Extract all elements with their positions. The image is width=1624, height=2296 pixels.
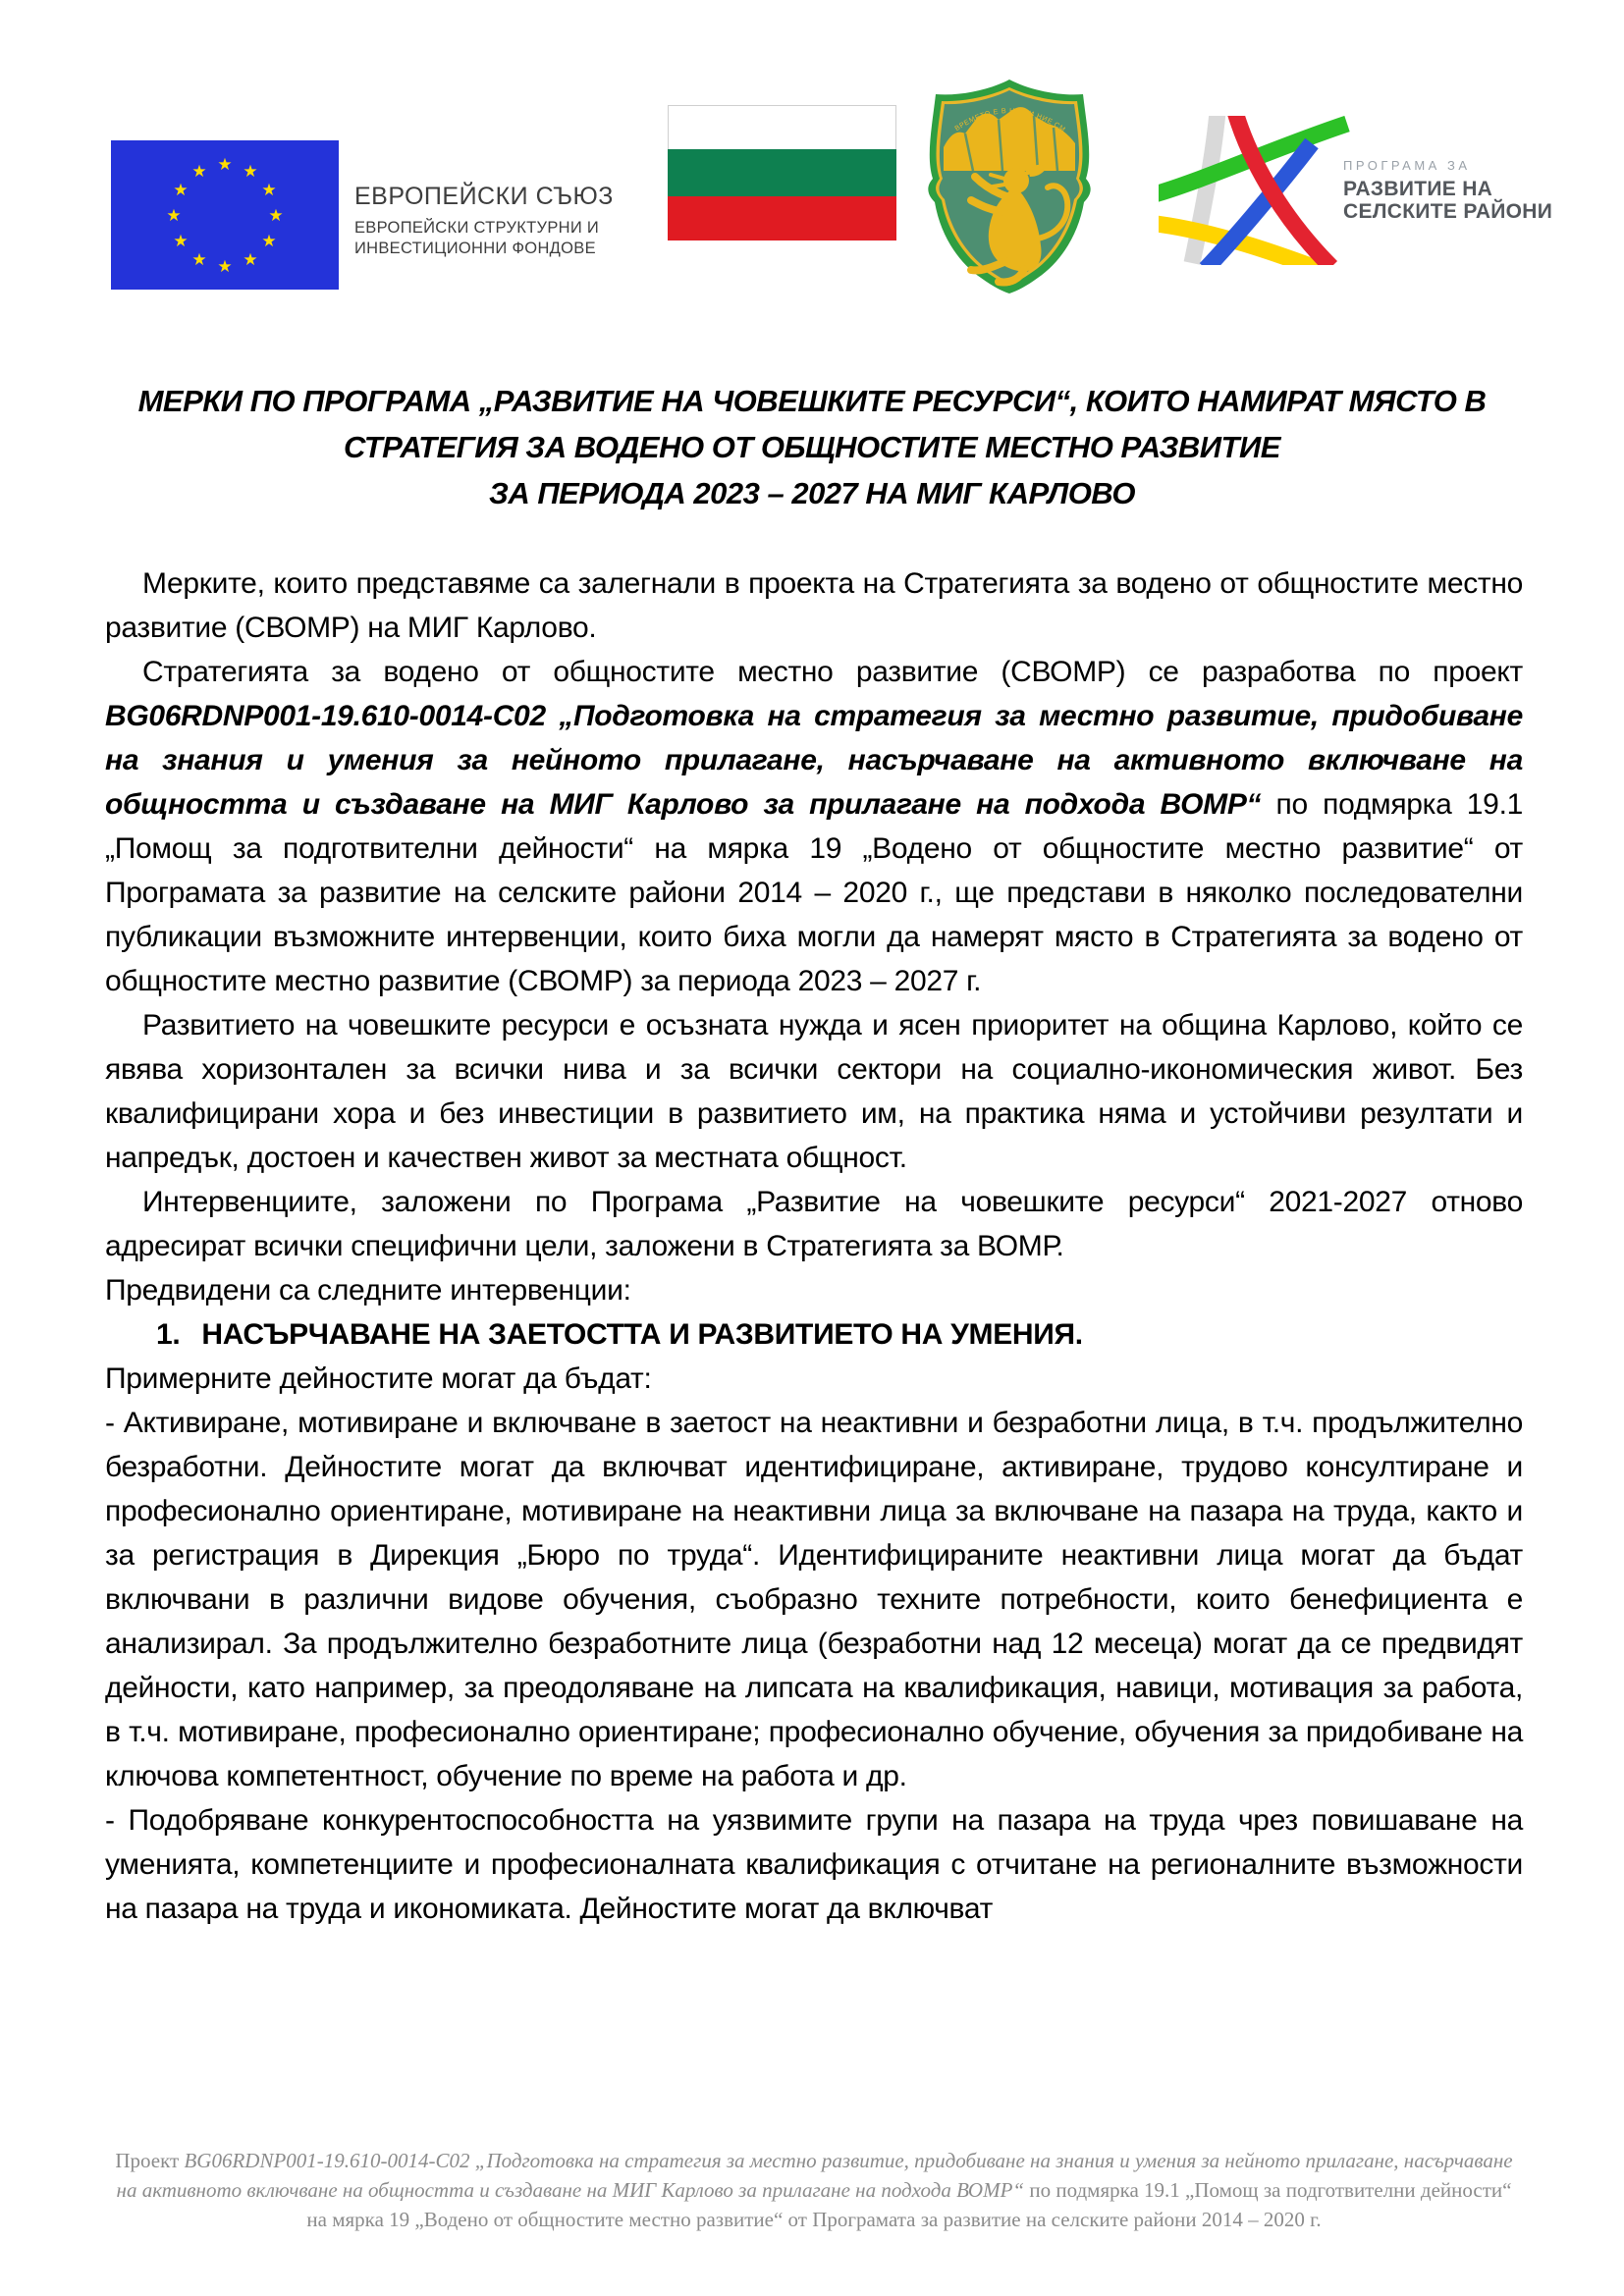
eu-logo-text: ЕВРОПЕЙСКИ СЪЮЗ ЕВРОПЕЙСКИ СТРУКТУРНИ И … [354, 183, 614, 259]
heading-1-text: НАСЪРЧАВАНЕ НА ЗАЕТОСТТА И РАЗВИТИЕТО НА… [201, 1318, 1082, 1351]
karlovo-coat-of-arms-icon: ВРЕМЕТО Е В НАС И НИЕ СМЕ ВЪВ ВРЕМЕТО [922, 77, 1097, 296]
svg-text:★: ★ [166, 206, 181, 226]
eu-union-label: ЕВРОПЕЙСКИ СЪЮЗ [354, 183, 614, 211]
svg-text:★: ★ [243, 162, 257, 182]
title-line-3: ЗА ПЕРИОДА 2023 – 2027 НА МИГ КАРЛОВО [0, 470, 1624, 516]
program-label-bold-2: СЕЛСКИТЕ РАЙОНИ [1343, 200, 1552, 223]
svg-text:★: ★ [191, 250, 206, 270]
paragraph-bullet-competitiveness: - Подобряване конкурентоспособността на … [105, 1798, 1523, 1931]
paragraph-bullet-activation: - Активиране, мотивиране и включване в з… [105, 1401, 1523, 1798]
paragraph-project: Стратегията за водено от общностите мест… [105, 650, 1523, 1003]
svg-text:★: ★ [191, 162, 206, 182]
eu-funds-label-line2: ИНВЕСТИЦИОННИ ФОНДОВЕ [354, 239, 614, 259]
paragraph-example-activities: Примерните дейностите могат да бъдат: [105, 1357, 1523, 1401]
rural-program-logo-icon [1159, 116, 1350, 265]
flag-stripe-white [668, 105, 896, 149]
program-label-bold-1: РАЗВИТИЕ НА [1343, 178, 1552, 200]
footer-prefix: Проект [115, 2149, 184, 2172]
rural-program-text: ПРОГРАМА ЗА РАЗВИТИЕ НА СЕЛСКИТЕ РАЙОНИ [1343, 158, 1552, 223]
heading-1-number: 1. [156, 1318, 180, 1351]
svg-text:★: ★ [217, 257, 232, 277]
paragraph-intro: Мерките, които представяме са залегнали … [105, 561, 1523, 650]
heading-1: 1.НАСЪРЧАВАНЕ НА ЗАЕТОСТТА И РАЗВИТИЕТО … [105, 1312, 1523, 1357]
paragraph-hr-development: Развитието на човешките ресурси е осъзна… [105, 1003, 1523, 1180]
document-page: ★★★ ★★★ ★★★ ★★★ ЕВРОПЕЙСКИ СЪЮЗ ЕВРОПЕЙС… [0, 0, 1624, 2296]
paragraph-planned-interventions: Предвидени са следните интервенции: [105, 1268, 1523, 1312]
paragraph-interventions: Интервенциите, заложени по Програма „Раз… [105, 1180, 1523, 1268]
paragraph-project-start: Стратегията за водено от общностите мест… [142, 656, 1523, 688]
program-label-small: ПРОГРАМА ЗА [1343, 158, 1552, 173]
flag-stripe-red [668, 196, 896, 240]
svg-text:★: ★ [243, 250, 257, 270]
flag-stripe-green [668, 149, 896, 196]
document-title: МЕРКИ ПО ПРОГРАМА „РАЗВИТИЕ НА ЧОВЕШКИТЕ… [0, 378, 1624, 516]
bulgarian-flag-icon [668, 105, 896, 240]
body-text: Мерките, които представяме са залегнали … [105, 561, 1523, 1931]
svg-text:★: ★ [268, 206, 283, 226]
header-logos: ★★★ ★★★ ★★★ ★★★ ЕВРОПЕЙСКИ СЪЮЗ ЕВРОПЕЙС… [0, 0, 1624, 324]
svg-text:★: ★ [173, 232, 188, 251]
title-line-1: МЕРКИ ПО ПРОГРАМА „РАЗВИТИЕ НА ЧОВЕШКИТЕ… [0, 378, 1624, 424]
eu-funds-label-line1: ЕВРОПЕЙСКИ СТРУКТУРНИ И [354, 218, 614, 239]
svg-text:★: ★ [261, 232, 276, 251]
eu-flag-icon: ★★★ ★★★ ★★★ ★★★ [111, 140, 339, 290]
svg-text:★: ★ [261, 181, 276, 200]
title-line-2: СТРАТЕГИЯ ЗА ВОДЕНО ОТ ОБЩНОСТИТЕ МЕСТНО… [0, 424, 1624, 470]
page-footer: Проект BG06RDNP001-19.610-0014-C02 „Подг… [105, 2146, 1523, 2234]
svg-text:★: ★ [173, 181, 188, 200]
svg-text:★: ★ [217, 155, 232, 175]
